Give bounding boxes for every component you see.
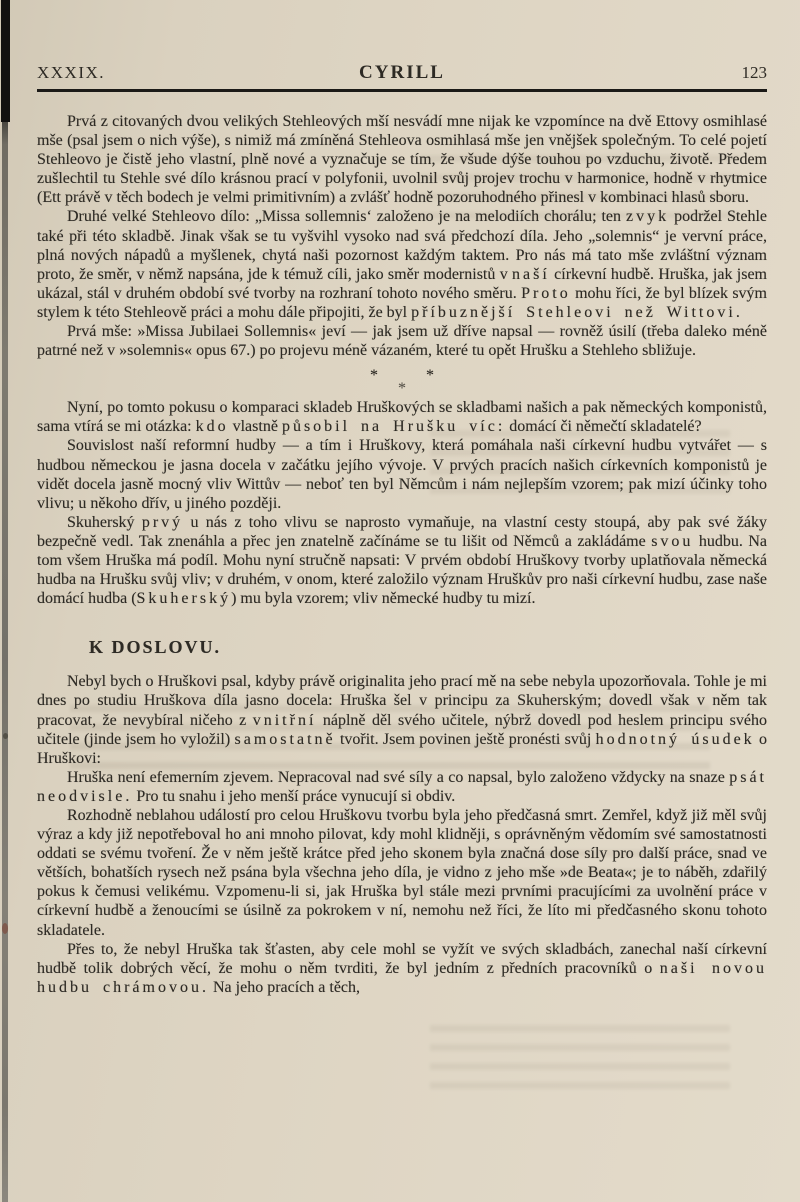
text-segment: Souvislost naší reformní hudby — a tím i… <box>37 437 767 511</box>
emphasized-spaced-text: zvyk <box>626 208 669 225</box>
text-segment: Hruška není efemerním zjevem. Nepracoval… <box>67 769 729 786</box>
text-segment: ) mu byla vzorem; vliv německé hudby tu … <box>231 590 535 607</box>
page-number: 123 <box>524 63 767 83</box>
paragraph: Rozhodně neblahou událostí pro celou Hru… <box>37 806 767 940</box>
emphasized-spaced-text: naší <box>512 266 550 283</box>
emphasized-spaced-text: kdo <box>196 418 229 435</box>
text-segment: Přes to, že nebyl Hruška tak šťasten, ab… <box>37 941 767 977</box>
text-segment: Druhé velké Stehleovo dílo: „Missa solle… <box>67 208 626 225</box>
page-content: XXXIX. CYRILL 123 Prvá z citovaných dvou… <box>0 62 800 997</box>
paragraph: Skuherský prvý u nás z toho vlivu se nap… <box>37 513 767 608</box>
paragraph: Nebyl bych o Hruškovi psal, kdyby právě … <box>37 672 767 767</box>
emphasized-spaced-text: příbuznější Stehleovi než Wittovi. <box>411 304 743 321</box>
paragraph: Hruška není efemerním zjevem. Nepracoval… <box>37 768 767 806</box>
emphasized-spaced-text: prvý <box>142 514 183 531</box>
emphasized-spaced-text: Skuherský <box>137 590 232 607</box>
page-header: XXXIX. CYRILL 123 <box>37 62 767 92</box>
text-segment: Prvá z citovaných dvou velikých Stehleov… <box>37 113 767 206</box>
asterisk: * <box>370 369 378 382</box>
text-segment: domácí či němečtí skladatelé? <box>505 418 701 435</box>
paragraph: Druhé velké Stehleovo dílo: „Missa solle… <box>37 207 767 322</box>
paragraph: Prvá z citovaných dvou velikých Stehleov… <box>37 112 767 207</box>
asterism-separator: *** <box>37 369 767 395</box>
paragraph: Souvislost naší reformní hudby — a tím i… <box>37 436 767 512</box>
emphasized-spaced-text: Proto <box>521 285 571 302</box>
asterisk: * <box>426 369 434 382</box>
journal-title: CYRILL <box>280 62 523 84</box>
emphasized-spaced-text: vnitřní <box>253 712 317 729</box>
volume-number: XXXIX. <box>37 63 280 83</box>
paragraph: Nyní, po tomto pokusu o komparaci sklade… <box>37 398 767 436</box>
text-segment: Prvá mše: »Missa Jubilaei Sollemnis« jev… <box>37 323 767 359</box>
text-segment: tvořit. Jsem povinen ještě pronésti svůj <box>336 731 596 748</box>
asterisk: * <box>398 382 406 395</box>
document-page: XXXIX. CYRILL 123 Prvá z citovaných dvou… <box>0 0 800 1202</box>
emphasized-spaced-text: hodnotný úsudek <box>596 731 755 748</box>
text-segment: vlastně <box>229 418 282 435</box>
section-heading: K DOSLOVU. <box>89 638 767 657</box>
paragraph: Přes to, že nebyl Hruška tak šťasten, ab… <box>37 940 767 997</box>
emphasized-spaced-text: svou <box>651 533 693 550</box>
text-segment: Rozhodně neblahou událostí pro celou Hru… <box>37 807 767 939</box>
paragraph: Prvá mše: »Missa Jubilaei Sollemnis« jev… <box>37 322 767 360</box>
emphasized-spaced-text: samostatně <box>235 731 336 748</box>
text-segment: Pro tu snahu i jeho menší práce vynucují… <box>132 788 455 805</box>
text-segment: Skuherský <box>67 514 142 531</box>
emphasized-spaced-text: působil na Hrušku víc: <box>282 418 505 435</box>
article-body: Prvá z citovaných dvou velikých Stehleov… <box>37 112 767 997</box>
text-segment: Na jeho pracích a těch, <box>209 979 360 996</box>
bleed-through-smudge <box>430 1020 730 1090</box>
